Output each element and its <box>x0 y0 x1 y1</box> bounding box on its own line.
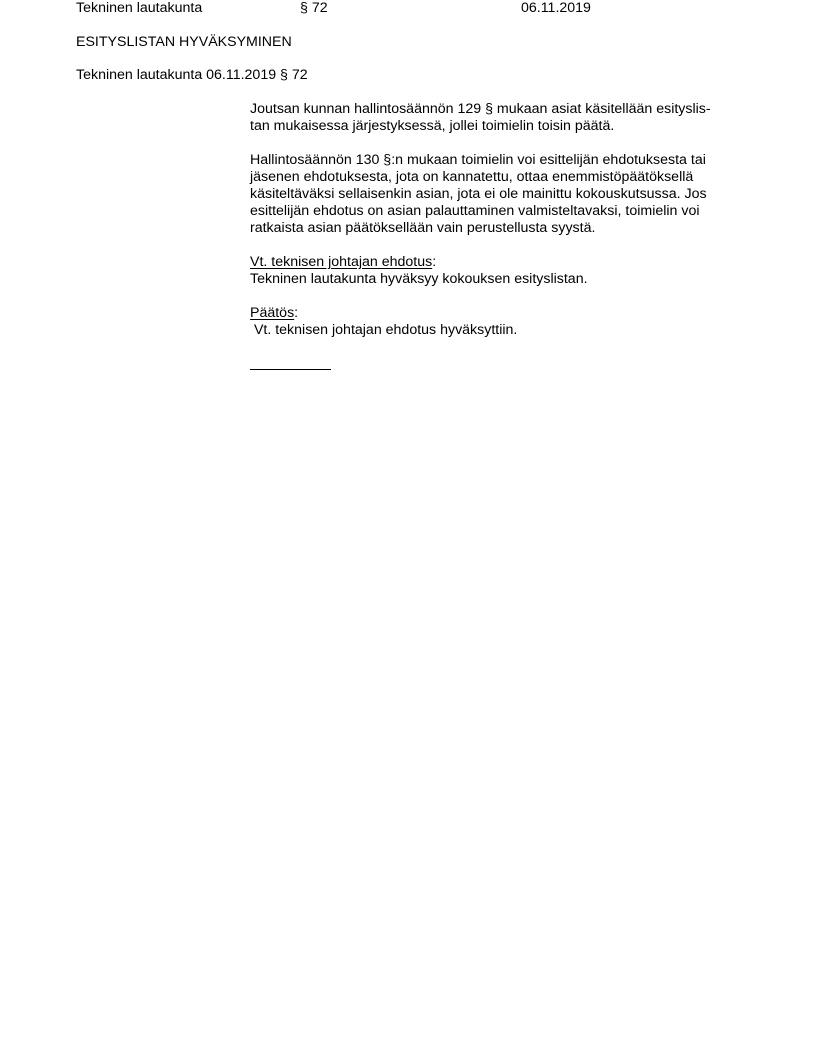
decision-heading: Päätös: <box>250 305 730 322</box>
header-organ: Tekninen lautakunta <box>76 0 202 17</box>
paragraph-text: Joutsan kunnan hallintosäännön 129 § muk… <box>250 101 730 135</box>
colon: : <box>432 254 436 270</box>
body-paragraph-2: Hallintosäännön 130 §:n mukaan toimielin… <box>250 152 730 237</box>
proposal-text: Tekninen lautakunta hyväksyy kokouksen e… <box>250 271 730 288</box>
header-section-number: § 72 <box>300 0 328 17</box>
decision-heading-text: Päätös <box>250 305 294 321</box>
body-paragraph-1: Joutsan kunnan hallintosäännön 129 § muk… <box>250 101 730 135</box>
document-subtitle: Tekninen lautakunta 06.11.2019 § 72 <box>76 67 308 84</box>
decision-text: Vt. teknisen johtajan ehdotus hyväksytti… <box>250 322 730 339</box>
document-title: ESITYSLISTAN HYVÄKSYMINEN <box>76 34 292 51</box>
separator-line <box>250 369 331 370</box>
paragraph-text: Hallintosäännön 130 §:n mukaan toimielin… <box>250 152 730 237</box>
colon: : <box>294 305 298 321</box>
proposal-heading: Vt. teknisen johtajan ehdotus: <box>250 254 730 271</box>
proposal-heading-text: Vt. teknisen johtajan ehdotus <box>250 254 432 270</box>
header-date: 06.11.2019 <box>521 0 591 17</box>
